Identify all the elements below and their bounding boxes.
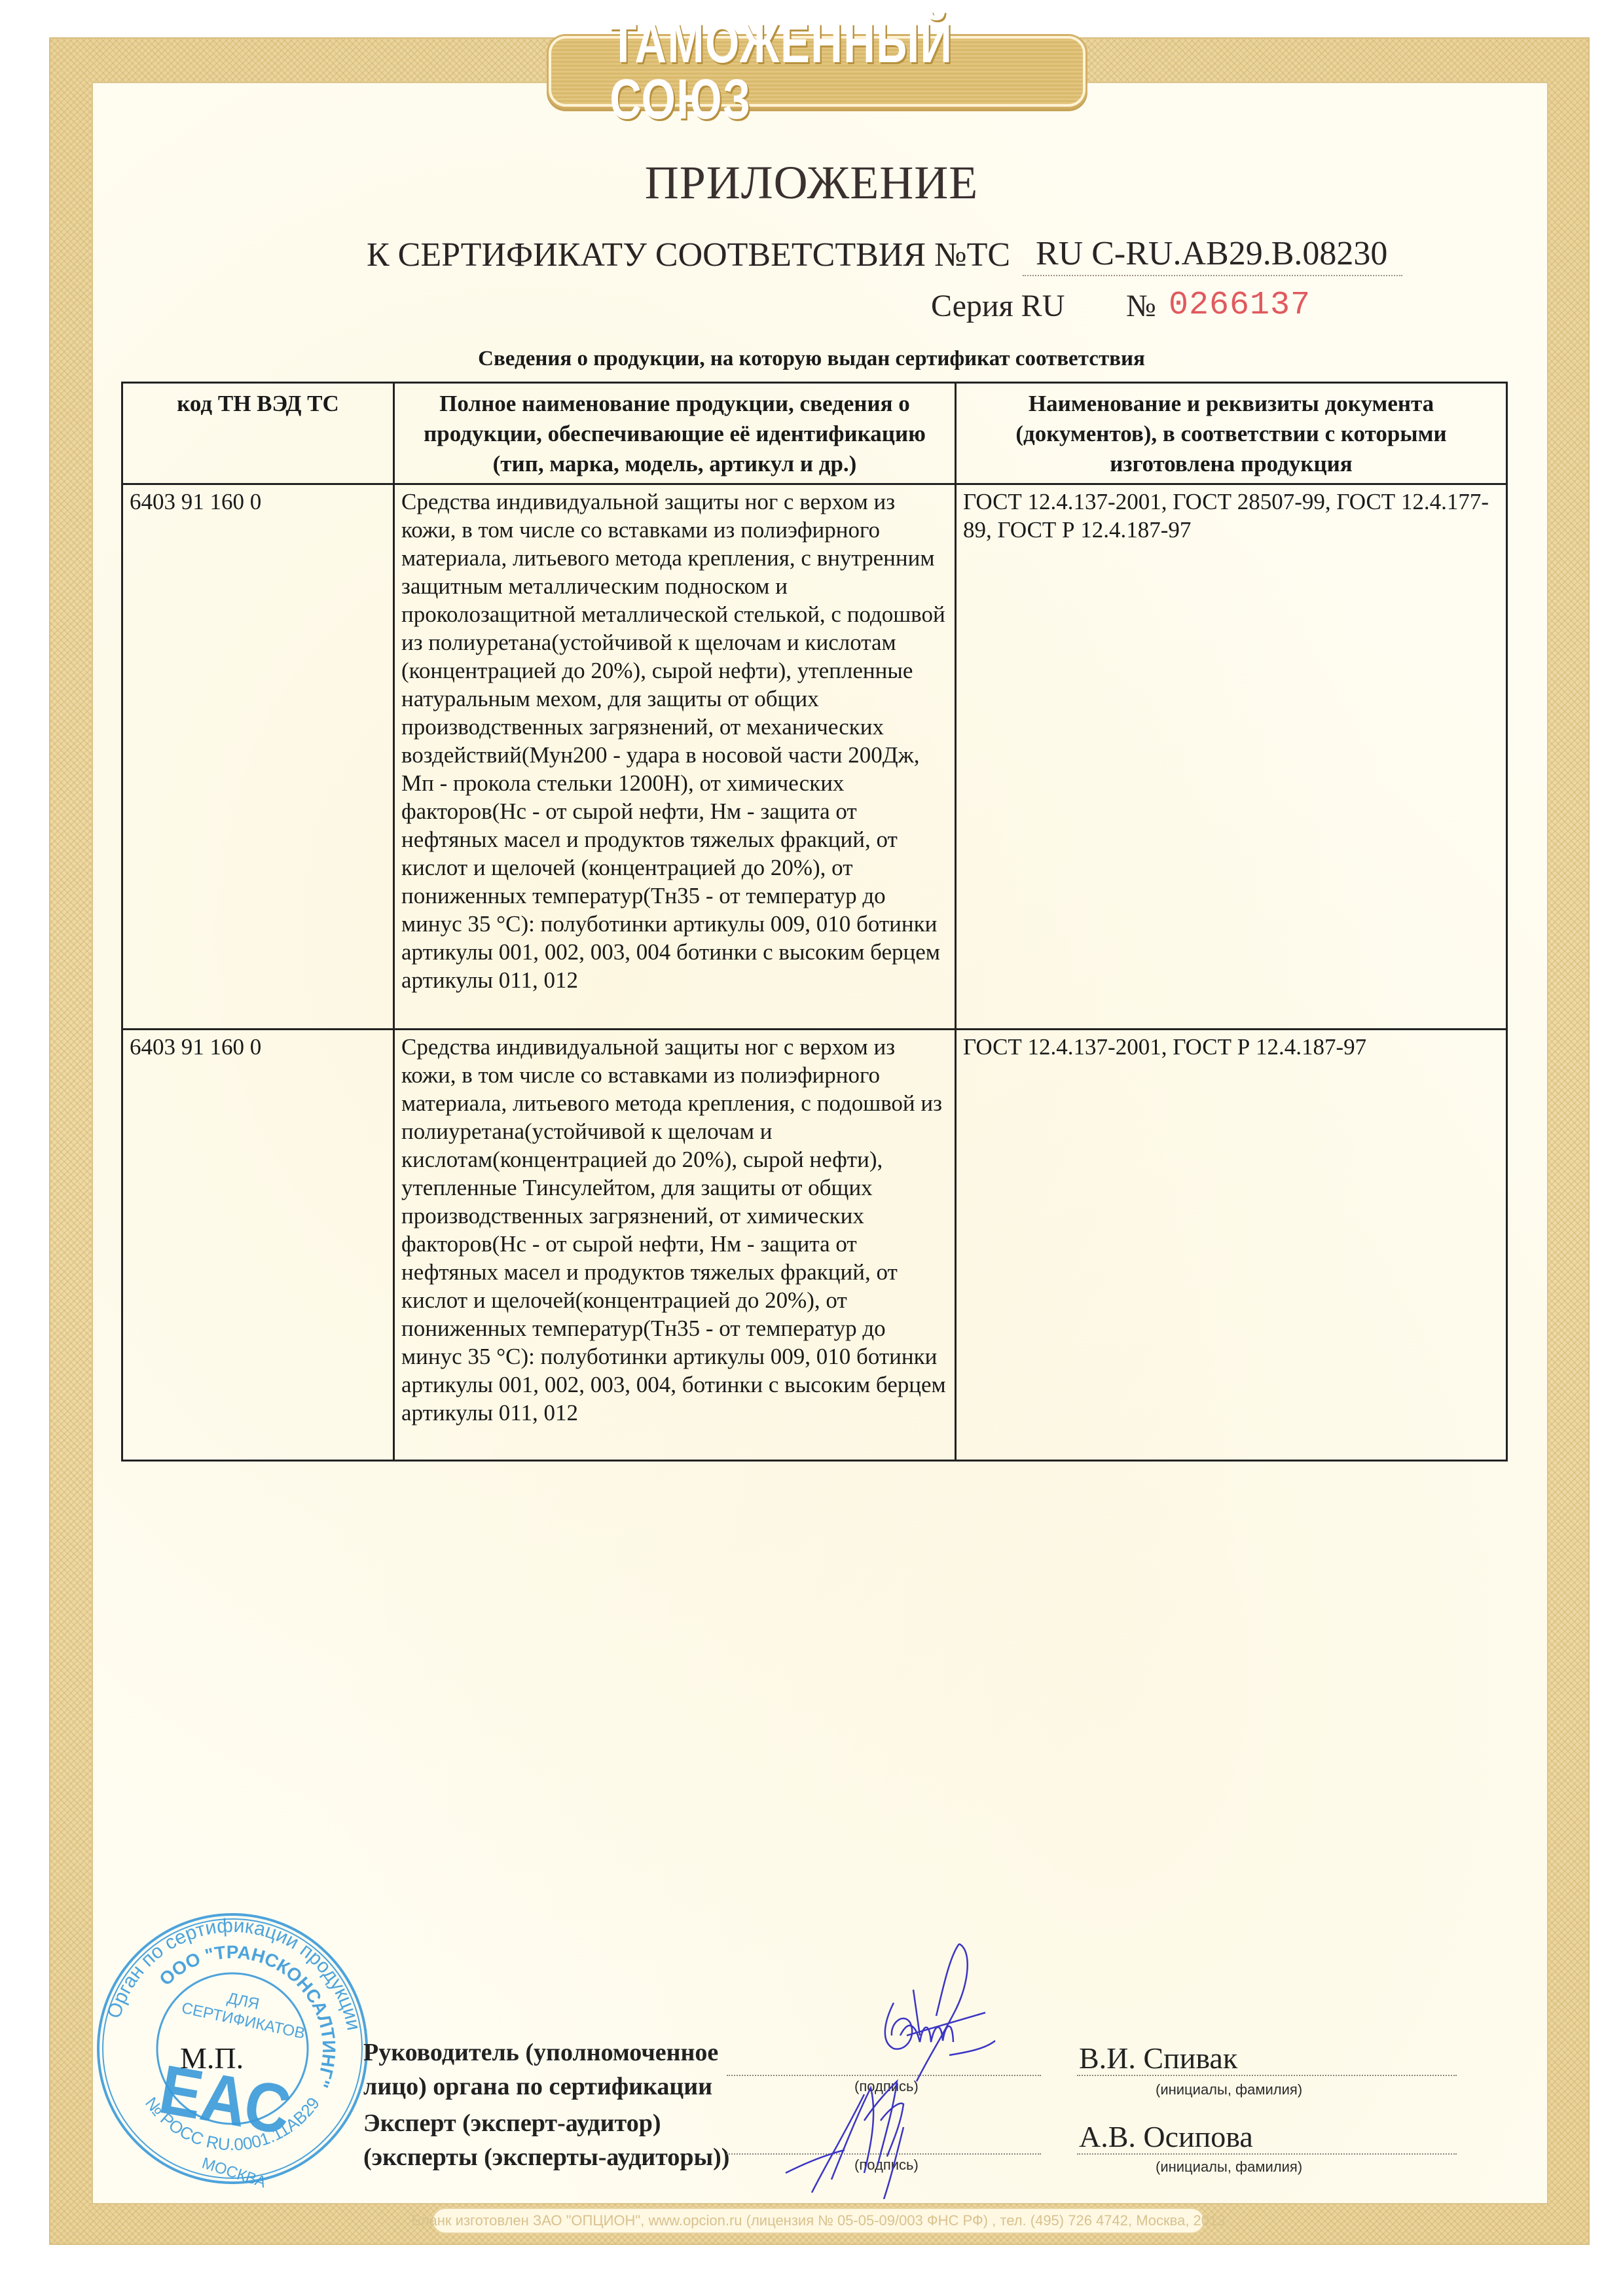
certificate-label: К СЕРТИФИКАТУ СООТВЕТСТВИЯ №ТС — [367, 236, 1010, 274]
header-code: код ТН ВЭД ТС — [122, 383, 394, 484]
banner-text: ТАМОЖЕННЫЙ СОЮЗ — [610, 15, 1024, 128]
head-role-label: Руководитель (уполномоченное лицо) орган… — [363, 2036, 718, 2104]
certificate-number: RU C-RU.AB29.B.08230 — [1036, 234, 1387, 273]
head-name-caption: (инициалы, фамилия) — [1156, 2081, 1302, 2098]
expert-role-label: Эксперт (эксперт-аудитор) (эксперты (экс… — [363, 2106, 729, 2174]
cell-description: Средства индивидуальной защиты ног с вер… — [394, 1030, 956, 1461]
cell-code: 6403 91 160 0 — [122, 484, 394, 1030]
head-name: В.И. Спивак — [1079, 2041, 1237, 2075]
table-caption: Сведения о продукции, на которую выдан с… — [0, 347, 1623, 371]
head-role-line-2: лицо) органа по сертификации — [363, 2070, 718, 2104]
header-description: Полное наименование продукции, сведения … — [394, 383, 956, 484]
table-row: 6403 91 160 0 Средства индивидуальной за… — [122, 1030, 1507, 1461]
cell-documents: ГОСТ 12.4.137-2001, ГОСТ 28507-99, ГОСТ … — [956, 484, 1507, 1030]
table-header-row: код ТН ВЭД ТС Полное наименование продук… — [122, 383, 1507, 484]
cell-code: 6403 91 160 0 — [122, 1030, 394, 1461]
expert-role-line-2: (эксперты (эксперты-аудиторы)) — [363, 2140, 729, 2174]
seal-place-label: М.П. — [180, 2041, 244, 2075]
cell-description: Средства индивидуальной защиты ног с вер… — [394, 484, 956, 1030]
customs-union-banner: ТАМОЖЕННЫЙ СОЮЗ — [549, 36, 1085, 107]
series-number-sign: № — [1126, 288, 1156, 324]
certificate-appendix-page: ТАМОЖЕННЫЙ СОЮЗ ПРИЛОЖЕНИЕ К СЕРТИФИКАТУ… — [0, 0, 1623, 2296]
header-documents: Наименование и реквизиты документа (доку… — [956, 383, 1507, 484]
products-table: код ТН ВЭД ТС Полное наименование продук… — [121, 382, 1508, 1462]
expert-role-line-1: Эксперт (эксперт-аудитор) — [363, 2106, 729, 2140]
head-role-line-1: Руководитель (уполномоченное — [363, 2036, 718, 2070]
table-row: 6403 91 160 0 Средства индивидуальной за… — [122, 484, 1507, 1030]
cell-documents: ГОСТ 12.4.137-2001, ГОСТ Р 12.4.187-97 — [956, 1030, 1507, 1461]
certificate-number-underline — [1023, 275, 1402, 276]
blank-imprint: Бланк изготовлен ЗАО "ОПЦИОН", www.opcio… — [432, 2208, 1205, 2234]
series-label: Серия RU — [931, 288, 1065, 324]
expert-name: А.В. Осипова — [1079, 2119, 1253, 2154]
series-number: 0266137 — [1169, 287, 1311, 324]
expert-signature-icon — [773, 2042, 969, 2199]
expert-name-caption: (инициалы, фамилия) — [1156, 2159, 1302, 2176]
page-title: ПРИЛОЖЕНИЕ — [0, 156, 1623, 210]
